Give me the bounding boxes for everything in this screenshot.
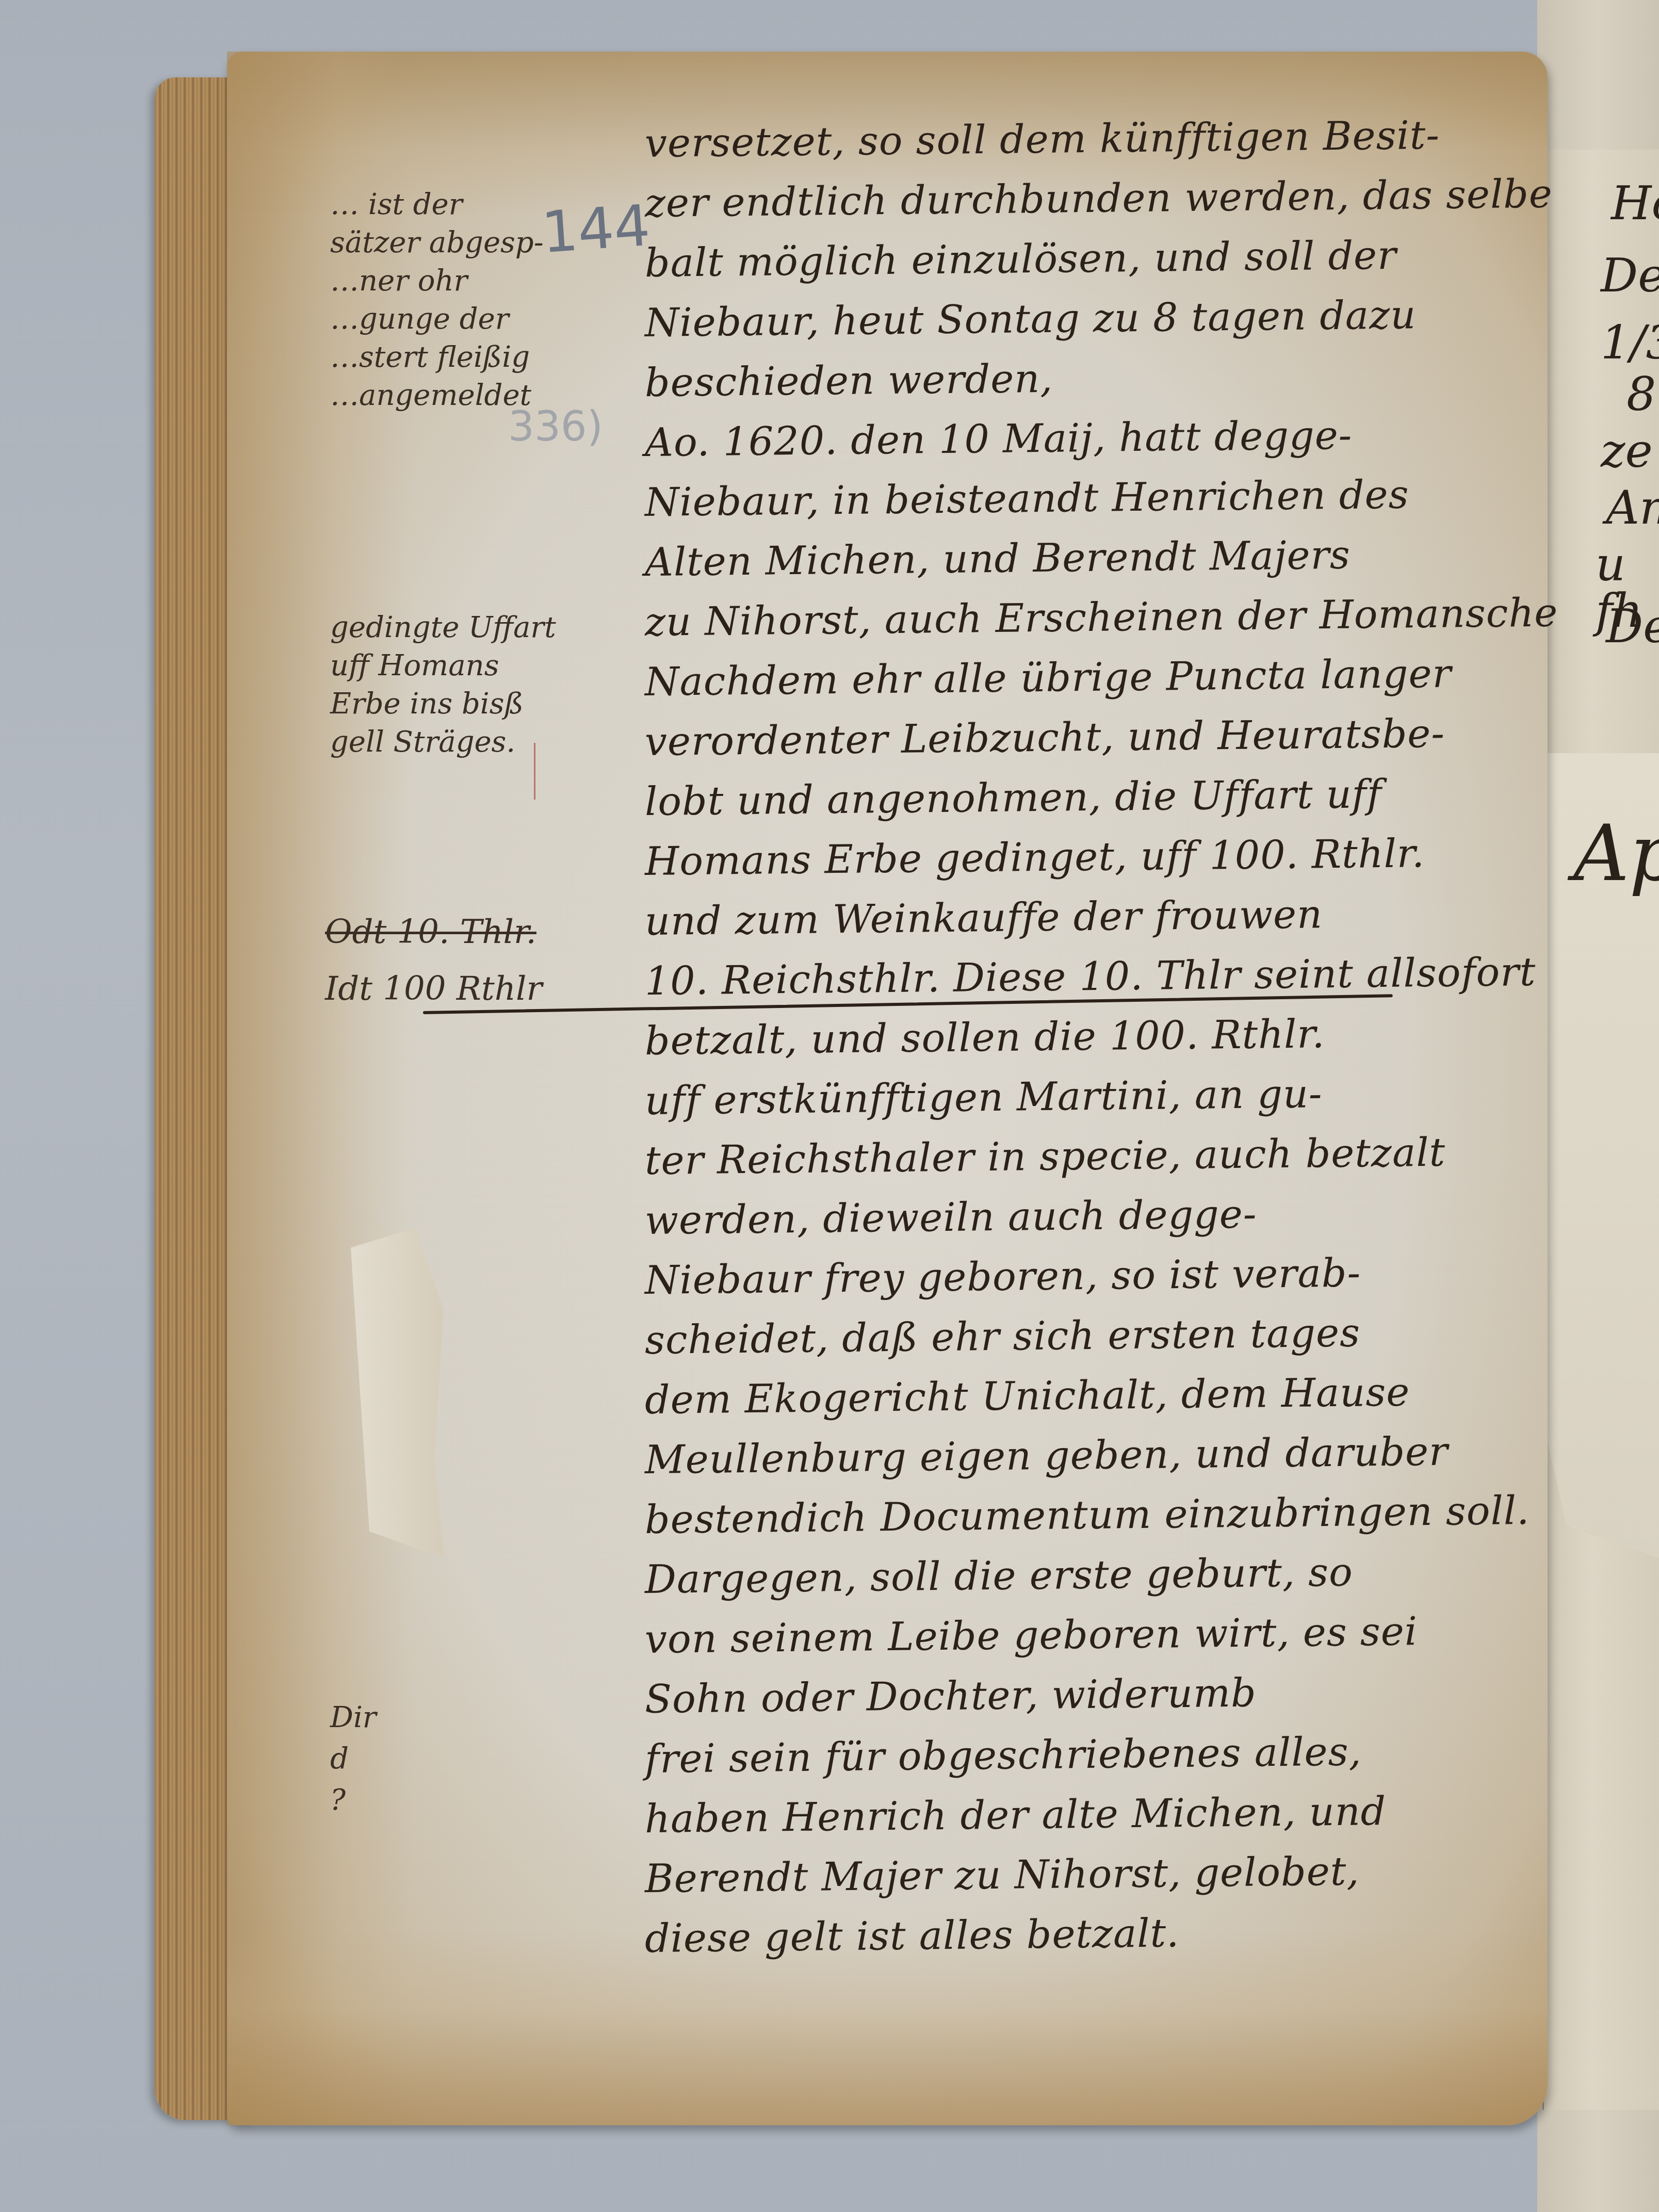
- margin-line: …stert fleißig: [330, 338, 544, 377]
- text-line: beschieden werden,: [644, 344, 1553, 413]
- text-line: bestendich Documentum einzubringen soll.: [644, 1481, 1553, 1550]
- margin-line: Erbe ins bisß: [330, 685, 556, 723]
- text-line: Meullenburg eigen geben, und daruber: [644, 1421, 1553, 1490]
- scrap-flourish: Ap: [1573, 815, 1659, 892]
- margin-note-bottom: Dir d ?: [330, 1697, 377, 1821]
- margin-line: …angemeldet: [330, 377, 544, 415]
- text-line: Niebaur, in beisteandt Henrichen des: [644, 463, 1553, 532]
- text-line: uff erstkünfftigen Martini, an gu-: [644, 1062, 1553, 1131]
- text-line: haben Henrich der alte Michen, und: [644, 1780, 1553, 1849]
- margin-line: uff Homans: [330, 647, 556, 685]
- text-line: Alten Michen, und Berendt Majers: [644, 523, 1553, 592]
- text-line: zu Nihorst, auch Erscheinen der Homansch…: [644, 583, 1553, 652]
- text-line: zer endtlich durchbunden werden, das sel…: [644, 164, 1553, 233]
- text-line: Nachdem ehr alle übrige Puncta langer: [644, 643, 1553, 712]
- margin-line: sätzer abgesp-: [330, 224, 544, 262]
- text-line: Dargegen, soll die erste geburt, so: [644, 1540, 1553, 1609]
- margin-note-middle: gedingte Uffart uff Homans Erbe ins bisß…: [330, 609, 556, 761]
- margin-line: Dir: [330, 1697, 377, 1738]
- margin-line: gell Sträges.: [330, 723, 556, 761]
- text-line: ter Reichsthaler in specie, auch betzalt: [644, 1121, 1553, 1191]
- text-line: dem Ekogericht Unichalt, dem Hause: [644, 1361, 1553, 1430]
- text-line: scheidet, daß ehr sich ersten tages: [644, 1301, 1553, 1370]
- text-line: Homans Erbe gedinget, uff 100. Rthlr.: [644, 822, 1553, 891]
- text-line: balt möglich einzulösen, und soll der: [644, 224, 1553, 293]
- text-line: werden, dieweiln auch degge-: [644, 1181, 1553, 1250]
- text-line: lobt und angenohmen, die Uffart uff: [644, 762, 1553, 832]
- folio-number: 144: [540, 192, 652, 266]
- text-line: und zum Weinkauffe der frouwen: [644, 882, 1553, 951]
- margin-amount: Idt 100 Rthlr: [325, 970, 542, 1008]
- text-line: Sohn oder Dochter, widerumb: [644, 1660, 1553, 1729]
- adjacent-page-fragment: 1/3:: [1601, 320, 1659, 366]
- text-line: verordenter Leibzucht, und Heuratsbe-: [644, 703, 1553, 772]
- text-line: Ao. 1620. den 10 Maij, hatt degge-: [644, 403, 1553, 473]
- adjacent-page-fragment: Dem: [1601, 253, 1659, 299]
- text-line: 10. Reichsthlr. Diese 10. Thlr seint all…: [644, 942, 1553, 1011]
- text-line: Berendt Majer zu Nihorst, gelobet,: [644, 1840, 1553, 1909]
- margin-note-top: … ist der sätzer abgesp- …ner ohr …gunge…: [330, 186, 544, 415]
- text-line: versetzet, so soll dem künfftigen Besit-: [644, 104, 1553, 173]
- margin-line: gedingte Uffart: [330, 609, 556, 647]
- margin-line: ?: [330, 1780, 377, 1821]
- margin-line: … ist der: [330, 186, 544, 224]
- main-text-block: versetzet, so soll dem künfftigen Besit-…: [645, 113, 1553, 1969]
- text-line: von seinem Leibe geboren wirt, es sei: [644, 1600, 1553, 1669]
- margin-amount-crossed: Odt 10. Thlr.: [325, 913, 536, 951]
- text-line: frei sein für obgeschriebenes alles,: [644, 1720, 1553, 1789]
- text-line: betzalt, und sollen die 100. Rthlr.: [644, 1002, 1553, 1071]
- margin-line: d: [330, 1738, 377, 1780]
- margin-line: …gunge der: [330, 300, 544, 338]
- margin-line: …ner ohr: [330, 262, 544, 300]
- text-line: diese gelt ist alles betzalt.: [644, 1899, 1553, 1969]
- text-line: Niebaur frey geboren, so ist verab-: [644, 1241, 1553, 1310]
- adjacent-page-fragment: Deg: [1606, 604, 1659, 650]
- text-line: Niebaur, heut Sontag zu 8 tagen dazu: [644, 284, 1553, 353]
- adjacent-page-fragment: Am: [1606, 485, 1659, 531]
- adjacent-page-fragment: ze: [1601, 428, 1653, 475]
- adjacent-page-fragment: Ho: [1611, 181, 1659, 227]
- adjacent-page-fragment: 8: [1627, 371, 1656, 418]
